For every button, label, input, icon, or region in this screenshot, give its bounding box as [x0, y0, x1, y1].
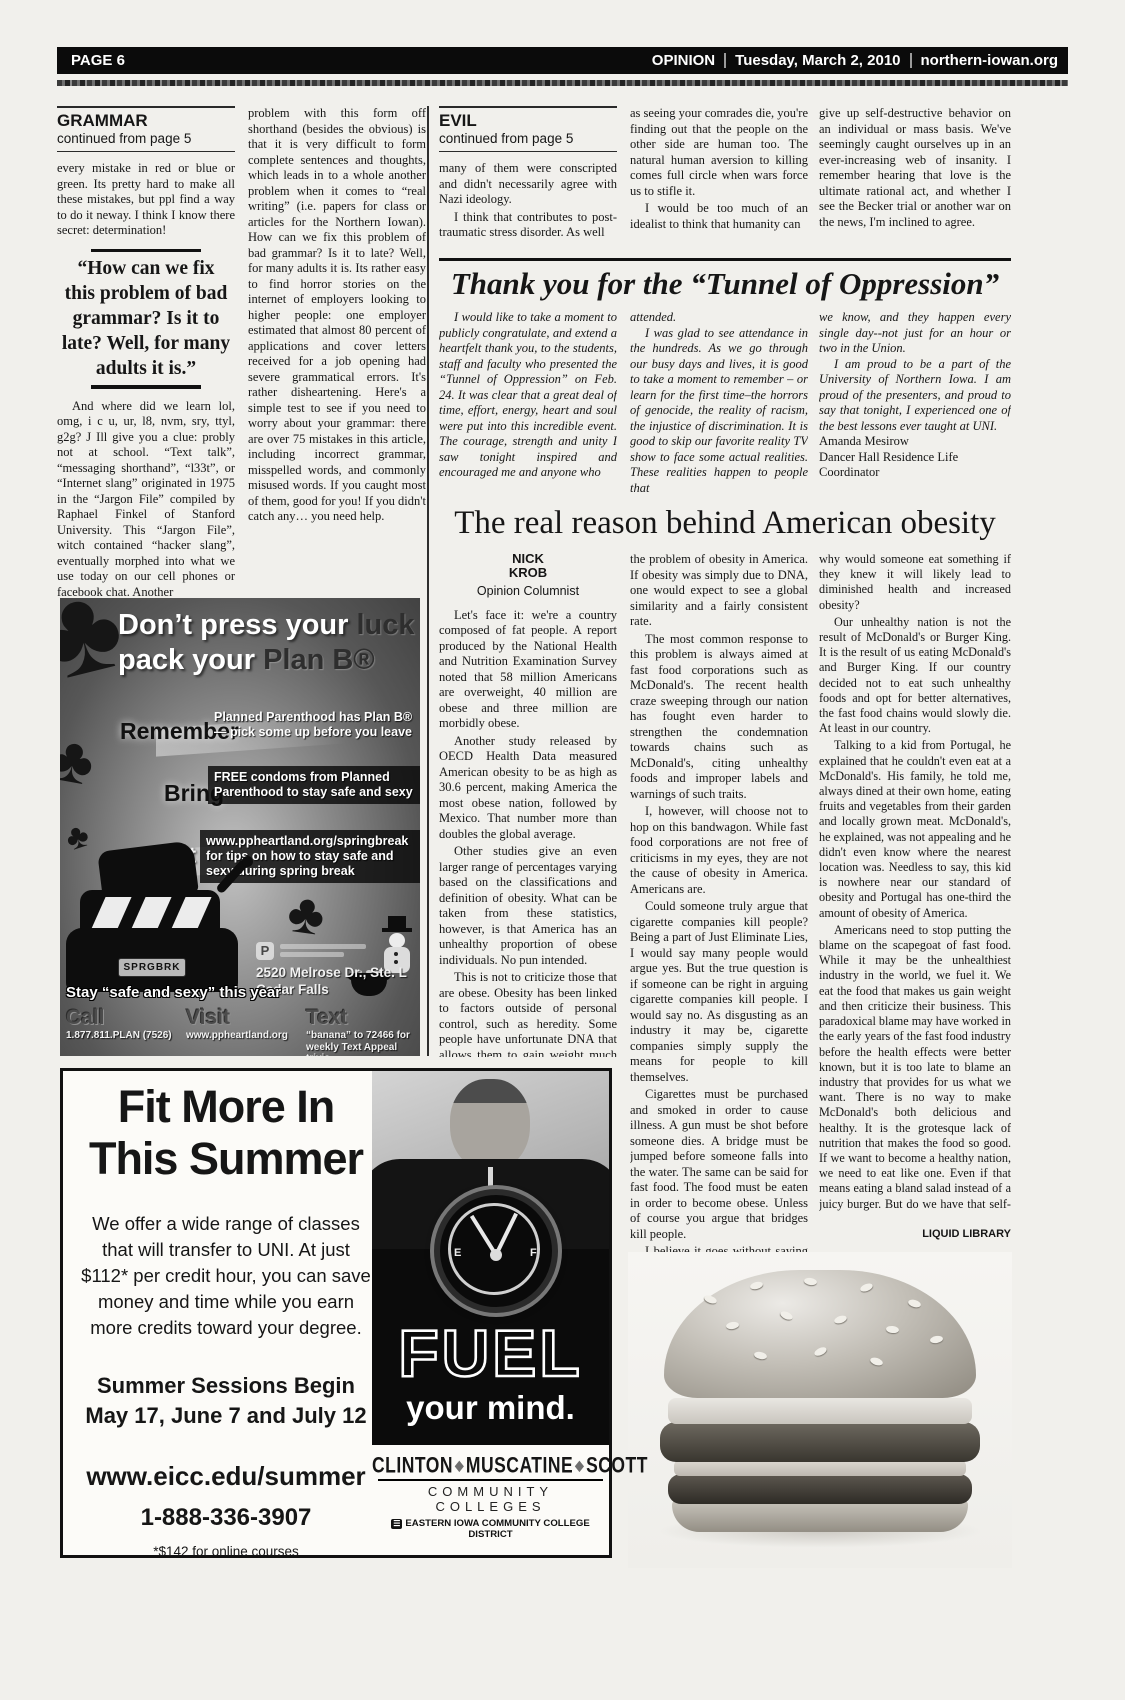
remember-text: Planned Parenthood has Plan B® — pick so… — [214, 710, 420, 740]
wordmark-rule — [378, 1479, 603, 1481]
call-number: 1.877.811.PLAN (7526) — [66, 1030, 174, 1042]
body-paragraph: I would be too much of an idealist to th… — [630, 201, 808, 232]
body-paragraph: give up self-destructive behavior on an … — [819, 106, 1011, 230]
evil-article-col2: as seeing your comrades die, you're find… — [630, 106, 808, 252]
eicc-body-text: We offer a wide range of classes that wi… — [78, 1211, 374, 1341]
grammar-article-col2: problem with this form off shorthand (be… — [248, 106, 426, 527]
fuel-tagline: your mind. — [372, 1389, 609, 1427]
issue-date: Tuesday, March 2, 2010 — [735, 52, 900, 69]
masthead-divider — [724, 53, 726, 68]
call-cell: Call 1.877.811.PLAN (7526) — [60, 1004, 180, 1056]
body-paragraph: The most common response to this problem… — [630, 632, 808, 803]
body-paragraph: Americans need to stop putting the blame… — [819, 923, 1011, 1212]
pull-quote: “How can we fix this problem of bad gram… — [61, 249, 231, 389]
eicc-title: Fit More In This Summer — [71, 1081, 381, 1185]
text-label: Text — [306, 1006, 414, 1030]
burger-patty — [660, 1422, 980, 1462]
visit-url: www.ppheartland.org — [186, 1030, 294, 1042]
quote-rule — [91, 249, 201, 253]
call-label: Call — [66, 1006, 174, 1030]
logo-wordmark — [280, 944, 372, 958]
burger-top-bun — [664, 1270, 976, 1398]
body-paragraph: many of them were conscripted and didn't… — [439, 161, 617, 208]
body-paragraph: Our unhealthy nation is not the result o… — [819, 615, 1011, 737]
visit-cell: Visit www.ppheartland.org — [180, 1004, 300, 1056]
burger-bottom-bun — [672, 1500, 968, 1532]
student-head — [450, 1079, 530, 1171]
continued-note: continued from page 5 — [57, 130, 235, 147]
body-paragraph: I am proud to be a part of the Universit… — [819, 357, 1011, 435]
diamond-icon: ◆ — [573, 1459, 586, 1474]
body-paragraph: Let's face it: we're a country composed … — [439, 608, 617, 732]
ad-slogan: Stay “safe and sexy” this year — [66, 984, 281, 1001]
visit-label: Visit — [186, 1006, 294, 1030]
newspaper-page: { "masthead": { "page": "PAGE 6", "secti… — [0, 0, 1125, 1700]
letter-headline: Thank you for the “Tunnel of Oppression” — [439, 266, 1011, 302]
hamburger-image — [628, 1252, 1012, 1568]
license-plate: SPRGBRK — [118, 958, 186, 977]
letter-col3: we know, and they happen every single da… — [819, 310, 1011, 506]
letter-col1: I would like to take a moment to publicl… — [439, 310, 617, 506]
diamond-icon: ◆ — [453, 1459, 466, 1474]
fuel-word: FUEL — [372, 1315, 609, 1391]
body-paragraph: And where did we learn lol, omg, i c u, … — [57, 399, 235, 601]
eicc-ad-copy: Fit More In This Summer We offer a wide … — [71, 1081, 381, 1559]
body-paragraph: Another study released by OECD Health Da… — [439, 734, 617, 843]
body-paragraph: Talking to a kid from Portugal, he expla… — [819, 738, 1011, 920]
section-rule — [439, 258, 1011, 261]
planned-parenthood-logo: P — [256, 942, 274, 960]
text-instructions: “banana” to 72466 for weekly Text Appeal… — [306, 1030, 414, 1056]
masthead-bar: PAGE 6 OPINION Tuesday, March 2, 2010 no… — [57, 47, 1068, 74]
fuel-your-mind-ad: FUEL your mind. E F CLINTON◆MUSCATINE◆SC… — [372, 1071, 609, 1523]
page-number: PAGE 6 — [57, 52, 125, 69]
evil-article-col1: EVIL continued from page 5 many of them … — [439, 106, 617, 252]
grammar-slug: GRAMMAR continued from page 5 — [57, 106, 235, 152]
evil-slug: EVIL continued from page 5 — [439, 106, 617, 152]
shamrock-icon: ♣ — [60, 725, 99, 795]
eicc-sessions: Summer Sessions Begin May 17, June 7 and… — [71, 1371, 381, 1431]
grammar-article-col1: GRAMMAR continued from page 5 every mist… — [57, 106, 235, 602]
masthead-divider — [910, 53, 912, 68]
eicc-district-icon: ☰ — [391, 1519, 402, 1529]
body-paragraph: I, however, will choose not to hop on th… — [630, 804, 808, 897]
text-cell: Text “banana” to 72466 for weekly Text A… — [300, 1004, 420, 1056]
body-paragraph: Could someone truly argue that cigarette… — [630, 899, 808, 1085]
eicc-phone: 1-888-336-3907 — [71, 1504, 381, 1532]
body-paragraph: Cigarettes must be purchased and smoked … — [630, 1087, 808, 1242]
continued-note: continued from page 5 — [439, 130, 617, 147]
obesity-col1: NICK KROB Opinion Columnist Let's face i… — [439, 552, 617, 1057]
body-paragraph: problem with this form off shorthand (be… — [248, 106, 426, 525]
body-paragraph: I was glad to see attendance in the hund… — [630, 326, 808, 497]
byline-role: Opinion Columnist — [439, 584, 617, 600]
burger-lettuce-layer — [668, 1398, 972, 1424]
ad-headline-line1: Don’t press your luck ... — [118, 608, 420, 643]
body-paragraph: every mistake in red or blue or green. I… — [57, 161, 235, 239]
waving-hand-icon — [242, 856, 253, 867]
evil-article-col3: give up self-destructive behavior on an … — [819, 106, 1011, 252]
eicc-url: www.eicc.edu/summer — [71, 1461, 381, 1492]
body-paragraph: attended. — [630, 310, 808, 326]
planned-parenthood-ad: ♣ ♣ ♣ ♣ Don’t press your luck ... pack y… — [60, 598, 420, 1056]
body-paragraph: the problem of obesity in America. If ob… — [630, 552, 808, 630]
body-paragraph: I would like to take a moment to publicl… — [439, 310, 617, 481]
burger-onion-layer — [674, 1460, 966, 1476]
byline-name: NICK KROB — [439, 552, 617, 580]
body-paragraph: Other studies give an even larger range … — [439, 844, 617, 968]
colleges-wordmark: CLINTON◆MUSCATINE◆SCOTT COMMUNITY COLLEG… — [372, 1455, 609, 1540]
fuel-gauge-icon: E F — [434, 1189, 558, 1313]
masthead-rule — [57, 80, 1068, 86]
ad-headline-line2: pack your Plan B® — [118, 643, 375, 678]
section-label: OPINION — [652, 52, 715, 69]
signature-role: Dancer Hall Residence Life Coordinator — [819, 450, 1011, 481]
body-paragraph: why would someone eat something if they … — [819, 552, 1011, 613]
burger-patty — [668, 1474, 972, 1504]
column-rule — [427, 106, 429, 1056]
bring-text: FREE condoms from Planned Parenthood to … — [208, 766, 420, 804]
body-paragraph: This is not to criticize those that are … — [439, 970, 617, 1057]
district-line: ☰EASTERN IOWA COMMUNITY COLLEGE DISTRICT — [372, 1518, 609, 1540]
letter-col2: attended. I was glad to see attendance i… — [630, 310, 808, 506]
photo-credit: LIQUID LIBRARY — [819, 1228, 1011, 1240]
body-paragraph: we know, and they happen every single da… — [819, 310, 1011, 357]
body-paragraph: as seeing your comrades die, you're find… — [630, 106, 808, 199]
ad-contact-strip: Call 1.877.811.PLAN (7526) Visit www.pph… — [60, 1004, 420, 1056]
community-colleges-label: COMMUNITY COLLEGES — [372, 1484, 609, 1514]
byline: NICK KROB Opinion Columnist — [439, 552, 617, 600]
obesity-col2: the problem of obesity in America. If ob… — [630, 552, 808, 1254]
site-url: northern-iowan.org — [921, 52, 1059, 69]
body-paragraph: I think that contributes to post-traumat… — [439, 210, 617, 241]
obesity-col3: why would someone eat something if they … — [819, 552, 1011, 1212]
shamrock-icon: ♣ — [284, 884, 328, 945]
shamrock-icon: ♣ — [61, 817, 93, 856]
article-headline: The real reason behind American obesity — [439, 503, 1011, 543]
quote-rule — [91, 385, 201, 389]
eicc-footnote: *$142 for online courses — [71, 1544, 381, 1559]
signature-name: Amanda Mesirow — [819, 434, 1011, 450]
